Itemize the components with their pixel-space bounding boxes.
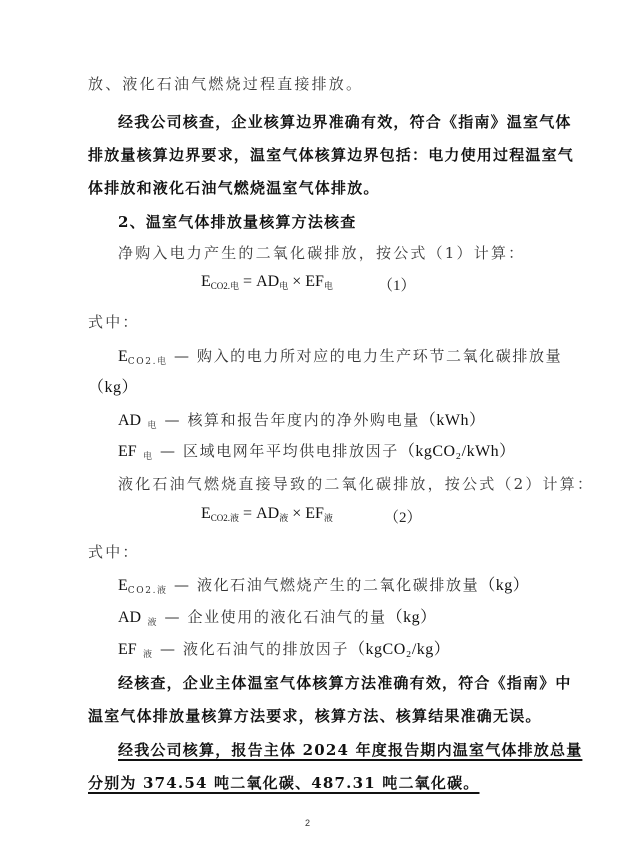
formula-2: ECO2.液 = AD液 × EF液 [201,505,333,524]
definition-ef-electric: EF 电 — 区域电网年平均供电排放因子（kgCO₂/kWh） [118,441,516,467]
formula-2-intro: 液化石油气燃烧直接导致的二氧化碳排放，按公式（2）计算： [118,474,594,494]
definition-ad-lpg: AD 液 — 企业使用的液化石油气的量（kg） [118,607,437,633]
method-conclusion-line-1: 经核查，企业主体温室气体核算方法准确有效，符合《指南》中 [118,673,572,693]
definition-e-co2-electric-unit: （kg） [88,378,138,398]
where-label-2: 式中： [88,542,140,562]
definition-ef-lpg: EF 液 — 液化石油气的排放因子（kgCO₂/kg） [118,639,450,665]
definition-e-co2-lpg: ECO2.液 — 液化石油气燃烧产生的二氧化碳排放量（kg） [118,575,529,601]
formula-1: ECO2.电 = AD电 × EF电 [201,273,333,292]
method-conclusion-line-2: 温室气体排放量核算方法要求，核算方法、核算结果准确无误。 [88,706,542,726]
section-heading: 2、温室气体排放量核算方法核查 [118,212,356,232]
definition-e-co2-electric: ECO2.电 — 购入的电力所对应的电力生产环节二氧化碳排放量 [118,346,562,372]
where-label-1: 式中： [88,312,140,332]
formula-1-intro: 净购入电力产生的二氧化碳排放，按公式（1）计算： [118,243,525,263]
boundary-check-paragraph-line-2: 排放量核算边界要求，温室气体核算边界包括：电力使用过程温室气 [88,145,574,165]
boundary-check-paragraph-line-3: 体排放和液化石油气燃烧温室气体排放。 [88,178,380,198]
emission-result-line-2: 分别为 374.54 吨二氧化碳、487.31 吨二氧化碳。 [88,773,479,793]
emission-result-line-1: 经我公司核算，报告主体 2024 年度报告期内温室气体排放总量 [118,740,582,760]
paragraph-continuation: 放、液化石油气燃烧过程直接排放。 [88,74,363,94]
formula-2-number: （2） [384,506,422,527]
definition-ad-electric: AD 电 — 核算和报告年度内的净外购电量（kWh） [118,410,485,436]
boundary-check-paragraph-line-1: 经我公司核查，企业核算边界准确有效，符合《指南》温室气体 [118,112,572,132]
formula-1-number: （1） [378,274,416,295]
page-number: 2 [305,818,310,828]
